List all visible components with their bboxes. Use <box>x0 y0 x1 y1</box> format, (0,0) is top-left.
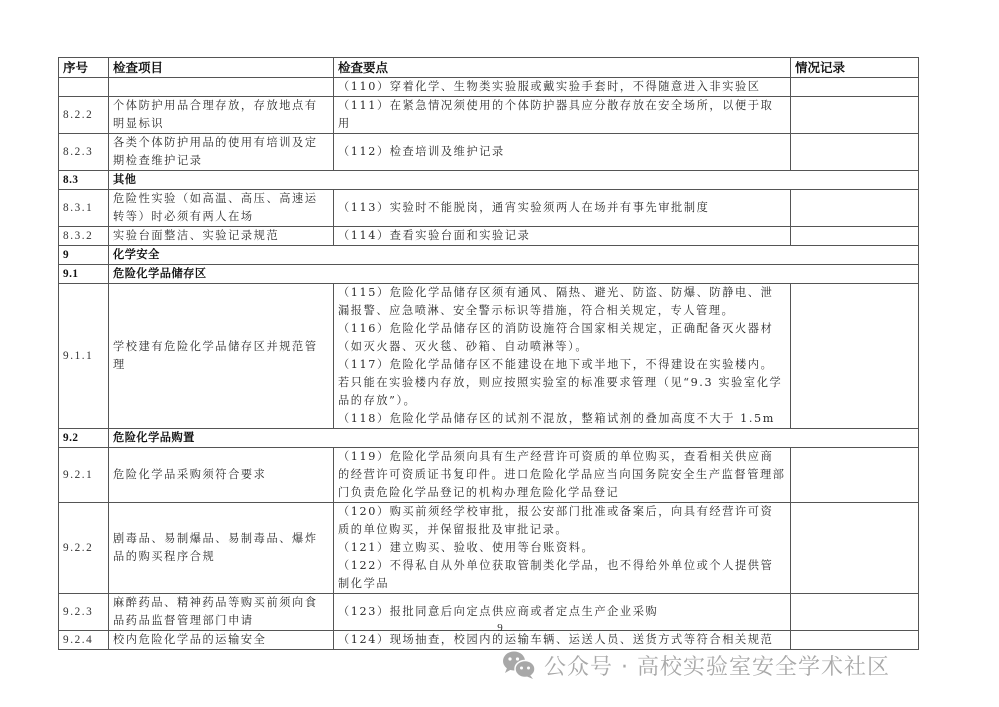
point-116: （116）危险化学品储存区的消防设施符合国家相关规定，正确配备灭火器材（如灭火器… <box>338 320 786 356</box>
section-title: 其他 <box>109 171 919 190</box>
point-110: （110）穿着化学、生物类实验服或戴实验手套时，不得随意进入非实验区 <box>338 78 786 96</box>
row-record <box>791 134 919 171</box>
row-points: （119）危险化学品须向具有生产经营许可资质的单位购买，查看相关供应商的经营许可… <box>334 448 791 503</box>
row-item: 危险性实验（如高温、高压、高速运转等）时必须有两人在场 <box>109 190 334 227</box>
table-row: 9.1.1 学校建有危险化学品储存区并规范管理 （115）危险化学品储存区须有通… <box>59 284 919 429</box>
row-item <box>109 78 334 97</box>
header-points: 检查要点 <box>334 58 791 78</box>
row-num: 9.2.1 <box>59 448 109 503</box>
row-num: 9.2.2 <box>59 503 109 594</box>
row-record <box>791 631 919 650</box>
row-points: （120）购买前须经学校审批，报公安部门批准或备案后，向具有经营许可资质的单位购… <box>334 503 791 594</box>
row-item: 剧毒品、易制爆品、易制毒品、爆炸品的购买程序合规 <box>109 503 334 594</box>
section-row: 9 化学安全 <box>59 246 919 265</box>
row-record <box>791 190 919 227</box>
row-points: （112）检查培训及维护记录 <box>334 134 791 171</box>
row-points: （110）穿着化学、生物类实验服或戴实验手套时，不得随意进入非实验区 <box>334 78 791 97</box>
wechat-icon <box>502 650 536 680</box>
page-number: 9 <box>494 622 506 634</box>
row-num: 9.1.1 <box>59 284 109 429</box>
row-record <box>791 594 919 631</box>
point-124: （124）现场抽查，校园内的运输车辆、运送人员、送货方式等符合相关规范 <box>338 631 786 649</box>
section-title: 危险化学品购置 <box>109 429 919 448</box>
table-header-row: 序号 检查项目 检查要点 情况记录 <box>59 58 919 78</box>
section-title: 化学安全 <box>109 246 919 265</box>
row-num <box>59 78 109 97</box>
row-record <box>791 227 919 246</box>
header-item: 检查项目 <box>109 58 334 78</box>
header-num: 序号 <box>59 58 109 78</box>
point-115: （115）危险化学品储存区须有通风、隔热、避光、防盗、防爆、防静电、泄漏报警、应… <box>338 284 786 320</box>
row-record <box>791 503 919 594</box>
point-120: （120）购买前须经学校审批，报公安部门批准或备案后，向具有经营许可资质的单位购… <box>338 503 786 539</box>
table-row: 8.3.1 危险性实验（如高温、高压、高速运转等）时必须有两人在场 （113）实… <box>59 190 919 227</box>
row-num: 8.3.2 <box>59 227 109 246</box>
row-item: 校内危险化学品的运输安全 <box>109 631 334 650</box>
point-112: （112）检查培训及维护记录 <box>338 143 786 161</box>
watermark-text: 公众号 · 高校实验室安全学术社区 <box>544 650 890 681</box>
row-points: （123）报批同意后向定点供应商或者定点生产企业采购 <box>334 594 791 631</box>
section-row: 8.3 其他 <box>59 171 919 190</box>
row-points: （113）实验时不能脱岗，通宵实验须两人在场并有事先审批制度 <box>334 190 791 227</box>
row-item: 学校建有危险化学品储存区并规范管理 <box>109 284 334 429</box>
row-item: 各类个体防护用品的使用有培训及定期检查维护记录 <box>109 134 334 171</box>
table-row: 9.2.3 麻醉药品、精神药品等购买前须向食品药品监督管理部门申请 （123）报… <box>59 594 919 631</box>
point-122: （122）不得私自从外单位获取管制类化学品，也不得给外单位或个人提供管制化学品 <box>338 557 786 593</box>
row-num: 8.3.1 <box>59 190 109 227</box>
table-row: 8.2.2 个体防护用品合理存放，存放地点有明显标识 （111）在紧急情况须使用… <box>59 97 919 134</box>
table-row: 8.3.2 实验台面整洁、实验记录规范 （114）查看实验台面和实验记录 <box>59 227 919 246</box>
table-row: 9.2.4 校内危险化学品的运输安全 （124）现场抽查，校园内的运输车辆、运送… <box>59 631 919 650</box>
table-row: 9.2.2 剧毒品、易制爆品、易制毒品、爆炸品的购买程序合规 （120）购买前须… <box>59 503 919 594</box>
table-row: 9.2.1 危险化学品采购须符合要求 （119）危险化学品须向具有生产经营许可资… <box>59 448 919 503</box>
row-record <box>791 97 919 134</box>
row-record <box>791 78 919 97</box>
point-118: （118）危险化学品储存区的试剂不混放，整箱试剂的叠加高度不大于 1.5m <box>338 410 786 428</box>
row-record <box>791 448 919 503</box>
section-num: 9.1 <box>59 265 109 284</box>
row-points: （114）查看实验台面和实验记录 <box>334 227 791 246</box>
row-item: 危险化学品采购须符合要求 <box>109 448 334 503</box>
point-113: （113）实验时不能脱岗，通宵实验须两人在场并有事先审批制度 <box>338 199 786 217</box>
row-num: 9.2.3 <box>59 594 109 631</box>
inspection-checklist-table: 序号 检查项目 检查要点 情况记录 （110）穿着化学、生物类实验服或戴实验手套… <box>58 57 919 650</box>
header-record: 情况记录 <box>791 58 919 78</box>
watermark: 公众号 · 高校实验室安全学术社区 <box>502 648 890 682</box>
table-row: （110）穿着化学、生物类实验服或戴实验手套时，不得随意进入非实验区 <box>59 78 919 97</box>
point-123: （123）报批同意后向定点供应商或者定点生产企业采购 <box>338 603 786 621</box>
row-record <box>791 284 919 429</box>
row-points: （115）危险化学品储存区须有通风、隔热、避光、防盗、防爆、防静电、泄漏报警、应… <box>334 284 791 429</box>
row-num: 8.2.3 <box>59 134 109 171</box>
row-item: 麻醉药品、精神药品等购买前须向食品药品监督管理部门申请 <box>109 594 334 631</box>
point-117: （117）危险化学品储存区不能建设在地下或半地下，不得建设在实验楼内。若只能在实… <box>338 356 786 410</box>
row-points: （111）在紧急情况须使用的个体防护器具应分散存放在安全场所，以便于取用 <box>334 97 791 134</box>
table-row: 8.2.3 各类个体防护用品的使用有培训及定期检查维护记录 （112）检查培训及… <box>59 134 919 171</box>
point-119: （119）危险化学品须向具有生产经营许可资质的单位购买，查看相关供应商的经营许可… <box>338 448 786 502</box>
row-item: 个体防护用品合理存放，存放地点有明显标识 <box>109 97 334 134</box>
row-num: 8.2.2 <box>59 97 109 134</box>
point-114: （114）查看实验台面和实验记录 <box>338 227 786 245</box>
section-row: 9.2 危险化学品购置 <box>59 429 919 448</box>
section-num: 9 <box>59 246 109 265</box>
point-111: （111）在紧急情况须使用的个体防护器具应分散存放在安全场所，以便于取用 <box>338 97 786 133</box>
row-num: 9.2.4 <box>59 631 109 650</box>
section-title: 危险化学品储存区 <box>109 265 919 284</box>
section-num: 8.3 <box>59 171 109 190</box>
row-points: （124）现场抽查，校园内的运输车辆、运送人员、送货方式等符合相关规范 <box>334 631 791 650</box>
section-num: 9.2 <box>59 429 109 448</box>
row-item: 实验台面整洁、实验记录规范 <box>109 227 334 246</box>
section-row: 9.1 危险化学品储存区 <box>59 265 919 284</box>
point-121: （121）建立购买、验收、使用等台账资料。 <box>338 539 786 557</box>
